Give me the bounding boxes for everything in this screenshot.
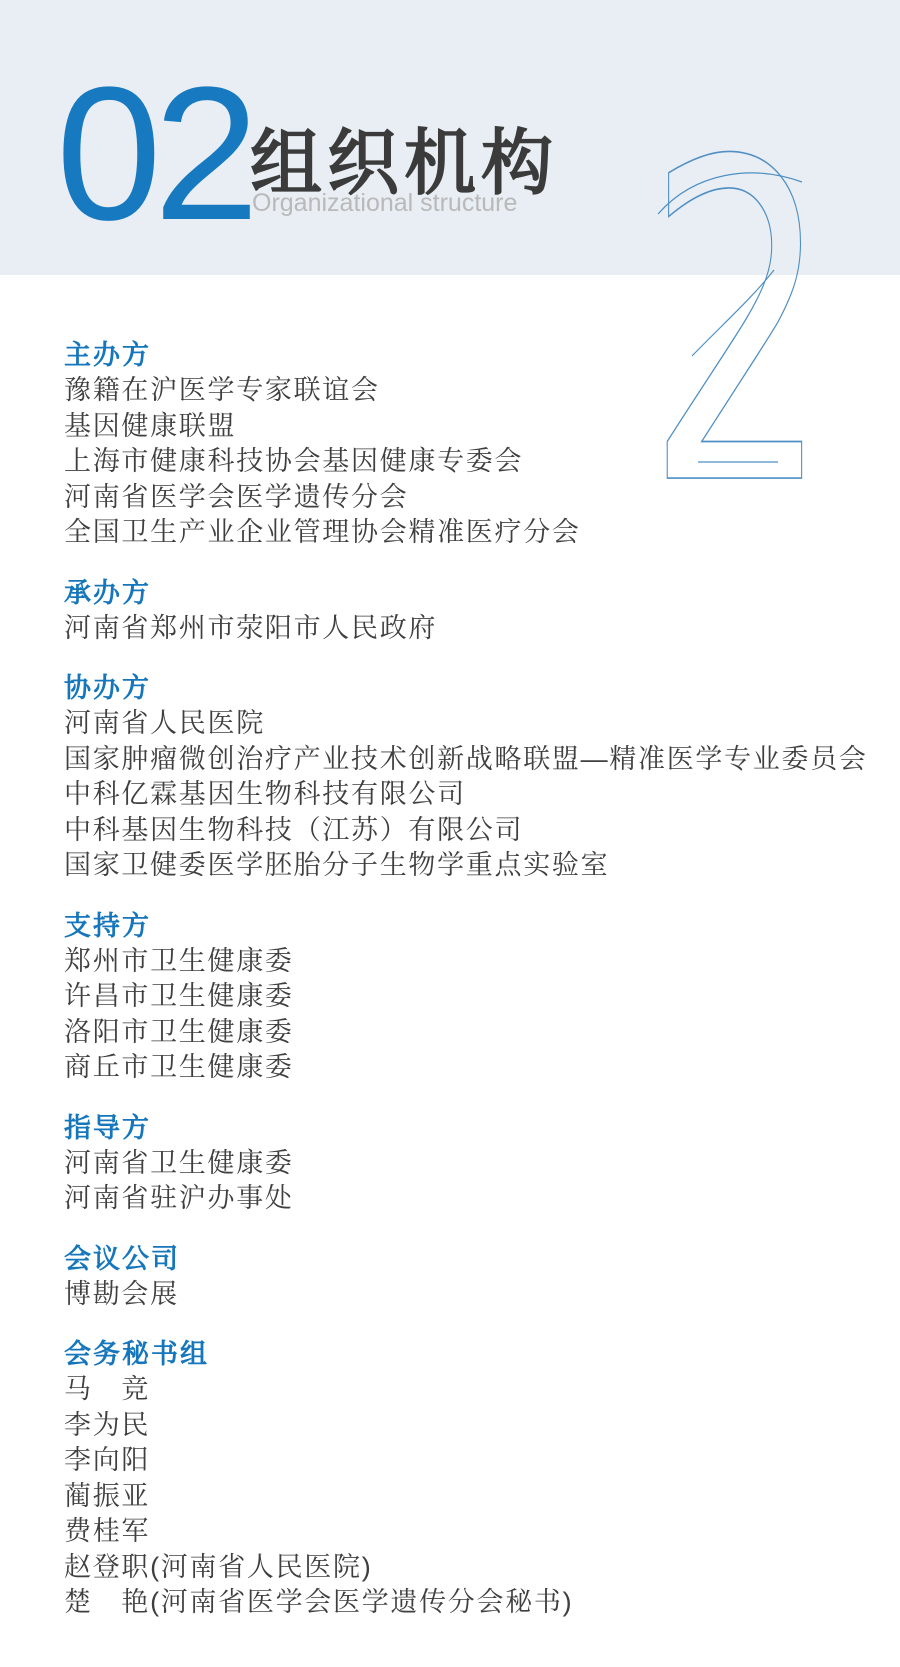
org-item: 博勘会展	[64, 1277, 884, 1313]
org-item: 河南省人民医院	[64, 706, 884, 742]
page: 02 组织机构 Organizational structure 2 主办方豫籍…	[0, 0, 900, 1667]
org-item: 全国卫生产业企业管理协会精准医疗分会	[64, 515, 884, 551]
section-number: 02	[56, 59, 251, 249]
org-section: 会务秘书组马 竞李为民李向阳蔺振亚费桂军赵登职(河南省人民医院)楚 艳(河南省医…	[64, 1336, 884, 1621]
org-item: 赵登职(河南省人民医院)	[64, 1550, 884, 1586]
org-item: 河南省医学会医学遗传分会	[64, 480, 884, 516]
org-item: 马 竞	[64, 1372, 884, 1408]
org-item: 李向阳	[64, 1443, 884, 1479]
org-item: 蔺振亚	[64, 1479, 884, 1515]
org-item: 国家肿瘤微创治疗产业技术创新战略联盟—精准医学专业委员会	[64, 742, 884, 778]
org-item: 中科基因生物科技（江苏）有限公司	[64, 813, 884, 849]
org-item: 中科亿霖基因生物科技有限公司	[64, 777, 884, 813]
page-subtitle: Organizational structure	[252, 190, 517, 218]
org-item: 许昌市卫生健康委	[64, 979, 884, 1015]
org-section: 主办方豫籍在沪医学专家联谊会基因健康联盟上海市健康科技协会基因健康专委会河南省医…	[64, 337, 884, 551]
org-item: 豫籍在沪医学专家联谊会	[64, 373, 884, 409]
org-item: 洛阳市卫生健康委	[64, 1015, 884, 1051]
org-section: 协办方河南省人民医院国家肿瘤微创治疗产业技术创新战略联盟—精准医学专业委员会中科…	[64, 670, 884, 884]
org-item: 李为民	[64, 1408, 884, 1444]
org-item: 国家卫健委医学胚胎分子生物学重点实验室	[64, 848, 884, 884]
section-heading: 主办方	[64, 337, 884, 373]
org-item: 河南省卫生健康委	[64, 1146, 884, 1182]
org-item: 河南省郑州市荥阳市人民政府	[64, 611, 884, 647]
org-section: 会议公司博勘会展	[64, 1241, 884, 1313]
org-section: 指导方河南省卫生健康委河南省驻沪办事处	[64, 1110, 884, 1217]
org-item: 河南省驻沪办事处	[64, 1181, 884, 1217]
org-section: 支持方郑州市卫生健康委许昌市卫生健康委洛阳市卫生健康委商丘市卫生健康委	[64, 908, 884, 1086]
org-item: 商丘市卫生健康委	[64, 1050, 884, 1086]
section-heading: 支持方	[64, 908, 884, 944]
org-item: 楚 艳(河南省医学会医学遗传分会秘书)	[64, 1585, 884, 1621]
section-heading: 承办方	[64, 575, 884, 611]
header-band: 02 组织机构 Organizational structure	[0, 0, 900, 275]
section-heading: 会议公司	[64, 1241, 884, 1277]
org-item: 费桂军	[64, 1514, 884, 1550]
org-section: 承办方河南省郑州市荥阳市人民政府	[64, 575, 884, 647]
org-item: 郑州市卫生健康委	[64, 944, 884, 980]
section-heading: 协办方	[64, 670, 884, 706]
sections: 主办方豫籍在沪医学专家联谊会基因健康联盟上海市健康科技协会基因健康专委会河南省医…	[64, 275, 884, 1621]
org-item: 上海市健康科技协会基因健康专委会	[64, 444, 884, 480]
org-item: 基因健康联盟	[64, 409, 884, 445]
section-heading: 会务秘书组	[64, 1336, 884, 1372]
section-heading: 指导方	[64, 1110, 884, 1146]
